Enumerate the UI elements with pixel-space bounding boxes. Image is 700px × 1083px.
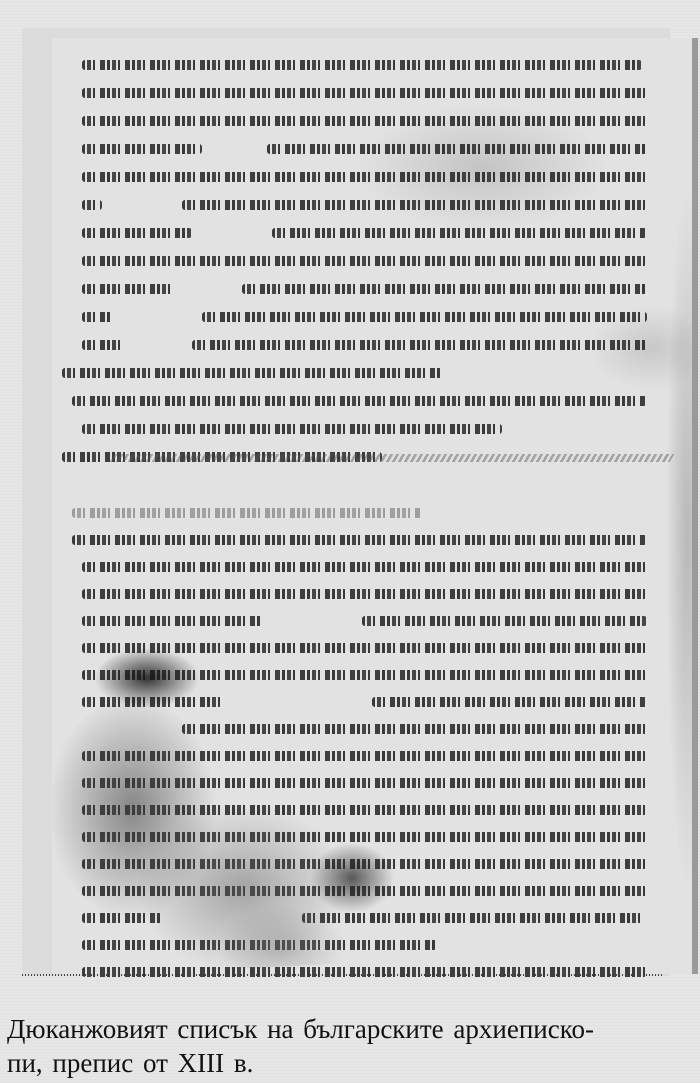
manuscript-line bbox=[362, 616, 647, 626]
manuscript-line bbox=[82, 616, 262, 626]
manuscript-line bbox=[82, 172, 647, 182]
manuscript-line bbox=[82, 144, 202, 154]
manuscript-line bbox=[82, 200, 102, 210]
manuscript-line bbox=[72, 508, 422, 518]
manuscript-line bbox=[72, 535, 647, 545]
manuscript-line bbox=[82, 312, 112, 322]
caption-line-1: Дюканжовият списък на българските архиеп… bbox=[7, 1012, 697, 1046]
manuscript-line bbox=[82, 340, 122, 350]
manuscript-line bbox=[372, 697, 647, 707]
manuscript-line bbox=[242, 284, 647, 294]
manuscript-line bbox=[82, 589, 647, 599]
manuscript-line bbox=[82, 562, 647, 572]
manuscript-line bbox=[62, 368, 442, 378]
manuscript-line bbox=[192, 340, 647, 350]
ornamental-headpiece bbox=[110, 454, 675, 462]
caption-line-2: пи, препис от XIII в. bbox=[7, 1046, 697, 1080]
manuscript-line bbox=[82, 88, 647, 98]
manuscript-line bbox=[72, 396, 647, 406]
manuscript-line bbox=[182, 200, 647, 210]
manuscript-line bbox=[202, 312, 647, 322]
manuscript-line bbox=[82, 228, 192, 238]
manuscript-line bbox=[272, 228, 647, 238]
manuscript-line bbox=[82, 424, 502, 434]
manuscript-photo bbox=[22, 28, 670, 976]
figure-caption: Дюканжовият списък на българските архиеп… bbox=[7, 1012, 697, 1080]
manuscript-line bbox=[82, 60, 642, 70]
manuscript-line bbox=[82, 256, 647, 266]
manuscript-folio bbox=[52, 38, 698, 974]
photo-bottom-edge bbox=[22, 974, 662, 976]
manuscript-line bbox=[267, 144, 647, 154]
manuscript-line bbox=[82, 284, 172, 294]
manuscript-line bbox=[82, 116, 647, 126]
